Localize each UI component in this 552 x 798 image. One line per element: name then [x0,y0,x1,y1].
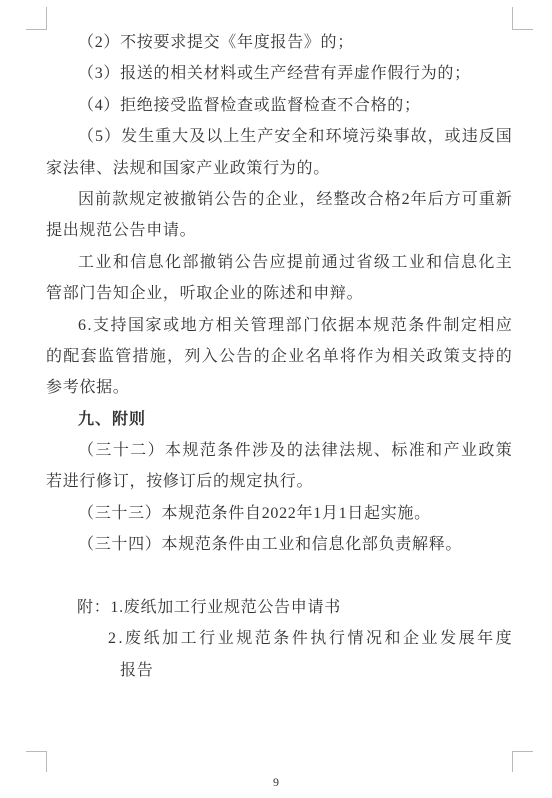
document-page: （2）不按要求提交《年度报告》的；（3）报送的相关材料或生产经营有弄虚作假行为的… [0,0,552,798]
text-line: 6.支持国家或地方相关管理部门依据本规范条件制定相应 [46,310,512,341]
margin-crop-mark-top-left [26,7,47,30]
text-line: （5）发生重大及以上生产安全和环境污染事故，或违反国 [46,121,512,152]
text-line: （三十二）本规范条件涉及的法律法规、标准和产业政策 [46,435,512,466]
text-line: 2.废纸加工行业规范条件执行情况和企业发展年度 [46,623,512,654]
margin-crop-mark-bottom-right [512,751,533,772]
text-line: （三十三）本规范条件自2022年1月1日起实施。 [46,498,512,529]
section-heading: 九、附则 [46,404,512,435]
text-line: 管部门告知企业，听取企业的陈述和申辩。 [46,278,512,309]
text-line: 参考依据。 [46,372,512,403]
text-line: 若进行修订，按修订后的规定执行。 [46,466,512,497]
page-number: 9 [0,774,552,790]
text-line: 附：1.废纸加工行业规范公告申请书 [46,592,512,623]
blank-line [46,561,512,592]
text-line: 报告 [46,655,512,686]
text-line: （3）报送的相关材料或生产经营有弄虚作假行为的； [46,58,512,89]
margin-crop-mark-top-right [512,7,533,30]
document-body: （2）不按要求提交《年度报告》的；（3）报送的相关材料或生产经营有弄虚作假行为的… [46,27,512,686]
text-line: 的配套监管措施，列入公告的企业名单将作为相关政策支持的 [46,341,512,372]
text-line: 提出规范公告申请。 [46,215,512,246]
margin-crop-mark-bottom-left [26,751,47,772]
text-line: （2）不按要求提交《年度报告》的； [46,27,512,58]
text-line: （4）拒绝接受监督检查或监督检查不合格的； [46,90,512,121]
text-line: 因前款规定被撤销公告的企业，经整改合格2年后方可重新 [46,184,512,215]
text-line: （三十四）本规范条件由工业和信息化部负责解释。 [46,529,512,560]
text-line: 工业和信息化部撤销公告应提前通过省级工业和信息化主 [46,247,512,278]
text-line: 家法律、法规和国家产业政策行为的。 [46,153,512,184]
